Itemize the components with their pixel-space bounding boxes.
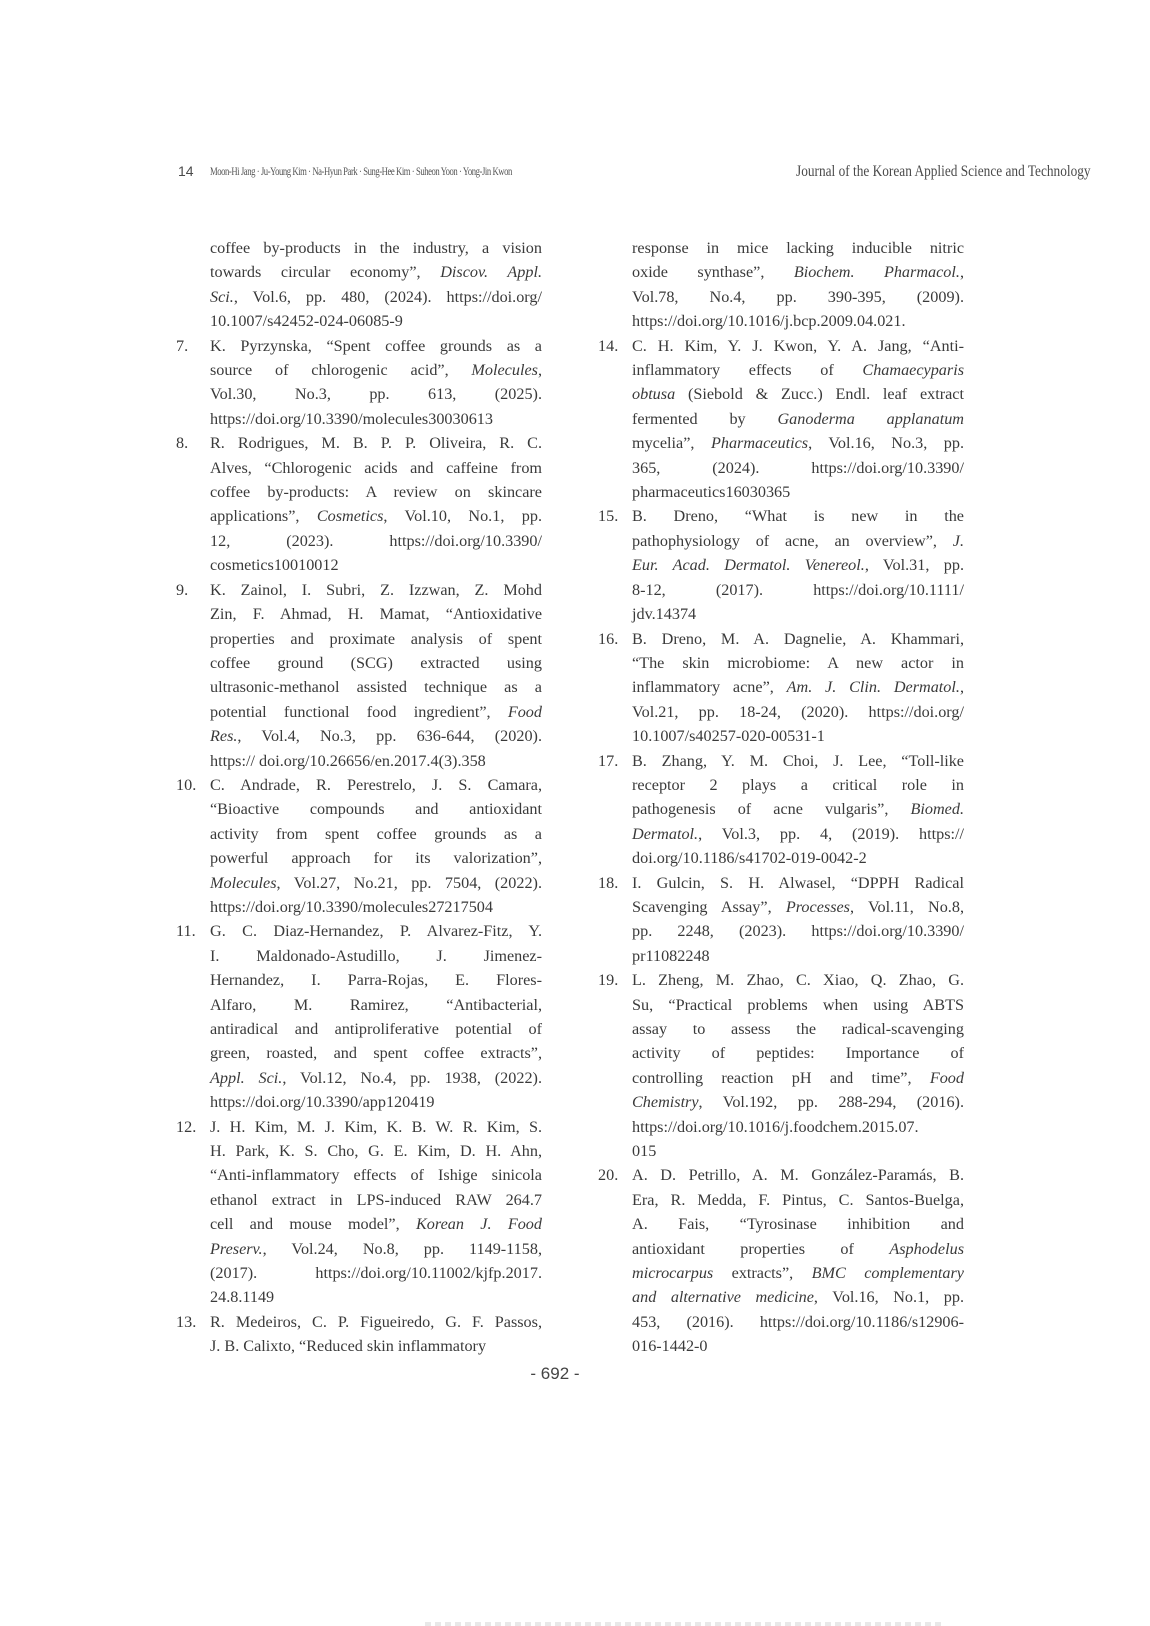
reference-line: antiradical and antiproliferative potent… bbox=[210, 1017, 542, 1041]
reference-number: 11. bbox=[176, 919, 206, 943]
cutoff-text-fragment bbox=[425, 1622, 945, 1626]
reference-entry: 14.C. H. Kim, Y. J. Kwon, Y. A. Jang, “A… bbox=[632, 334, 964, 505]
reference-line: inflammatory effects of Chamaecyparis bbox=[632, 358, 964, 382]
reference-entry: 18.I. Gulcin, S. H. Alwasel, “DPPH Radic… bbox=[632, 871, 964, 969]
reference-number: 16. bbox=[598, 627, 628, 651]
reference-line: properties and proximate analysis of spe… bbox=[210, 627, 542, 651]
reference-entry: 10.C. Andrade, R. Perestrelo, J. S. Cama… bbox=[210, 773, 542, 919]
reference-entry: 9.K. Zainol, I. Subri, Z. Izzwan, Z. Moh… bbox=[210, 578, 542, 773]
reference-line: Hernandez, I. Parra-Rojas, E. Flores- bbox=[210, 968, 542, 992]
reference-line: Zin, F. Ahmad, H. Mamat, “Antioxidative bbox=[210, 602, 542, 626]
reference-line: C. H. Kim, Y. J. Kwon, Y. A. Jang, “Anti… bbox=[632, 334, 964, 358]
reference-line: 10.1007/s42452-024-06085-9 bbox=[210, 309, 542, 333]
header-authors: Moon-Hi Jang · Ju-Young Kim · Na-Hyun Pa… bbox=[210, 164, 512, 179]
reference-line: applications”, Cosmetics, Vol.10, No.1, … bbox=[210, 504, 542, 528]
reference-line: coffee ground (SCG) extracted using bbox=[210, 651, 542, 675]
reference-line: 015 bbox=[632, 1139, 964, 1163]
reference-line: powerful approach for its valorization”, bbox=[210, 846, 542, 870]
reference-entry: 17.B. Zhang, Y. M. Choi, J. Lee, “Toll-l… bbox=[632, 749, 964, 871]
reference-line: pathogenesis of acne vulgaris”, Biomed. bbox=[632, 797, 964, 821]
reference-line: B. Dreno, M. A. Dagnelie, A. Khammari, bbox=[632, 627, 964, 651]
reference-line: Vol.30, No.3, pp. 613, (2025). bbox=[210, 382, 542, 406]
reference-line: J. H. Kim, M. J. Kim, K. B. W. R. Kim, S… bbox=[210, 1115, 542, 1139]
reference-line: I. Gulcin, S. H. Alwasel, “DPPH Radical bbox=[632, 871, 964, 895]
reference-line: pr11082248 bbox=[632, 944, 964, 968]
reference-line: L. Zheng, M. Zhao, C. Xiao, Q. Zhao, G. bbox=[632, 968, 964, 992]
reference-line: activity of peptides: Importance of bbox=[632, 1041, 964, 1065]
reference-line: (2017). https://doi.org/10.11002/kjfp.20… bbox=[210, 1261, 542, 1285]
reference-number: 12. bbox=[176, 1115, 206, 1139]
reference-line: green, roasted, and spent coffee extract… bbox=[210, 1041, 542, 1065]
reference-line: Era, R. Medda, F. Pintus, C. Santos-Buel… bbox=[632, 1188, 964, 1212]
reference-line: ethanol extract in LPS-induced RAW 264.7 bbox=[210, 1188, 542, 1212]
reference-line: R. Medeiros, C. P. Figueiredo, G. F. Pas… bbox=[210, 1310, 542, 1334]
reference-number: 14. bbox=[598, 334, 628, 358]
reference-line: 8-12, (2017). https://doi.org/10.1111/ bbox=[632, 578, 964, 602]
reference-number: 17. bbox=[598, 749, 628, 773]
reference-entry: 20.A. D. Petrillo, A. M. González-Paramá… bbox=[632, 1163, 964, 1358]
reference-line: https://doi.org/10.3390/app120419 bbox=[210, 1090, 542, 1114]
reference-line: H. Park, K. S. Cho, G. E. Kim, D. H. Ahn… bbox=[210, 1139, 542, 1163]
header-journal-title: Journal of the Korean Applied Science an… bbox=[796, 163, 1091, 181]
reference-line: I. Maldonado-Astudillo, J. Jimenez- bbox=[210, 944, 542, 968]
reference-line: Scavenging Assay”, Processes, Vol.11, No… bbox=[632, 895, 964, 919]
reference-line: K. Pyrzynska, “Spent coffee grounds as a bbox=[210, 334, 542, 358]
reference-line: and alternative medicine, Vol.16, No.1, … bbox=[632, 1285, 964, 1309]
footer-page-number: - 692 - bbox=[0, 1364, 1110, 1384]
reference-line: pp. 2248, (2023). https://doi.org/10.339… bbox=[632, 919, 964, 943]
reference-entry: 15.B. Dreno, “What is new in thepathophy… bbox=[632, 504, 964, 626]
reference-line: Eur. Acad. Dermatol. Venereol., Vol.31, … bbox=[632, 553, 964, 577]
reference-entry: 7.K. Pyrzynska, “Spent coffee grounds as… bbox=[210, 334, 542, 432]
reference-line: assay to assess the radical-scavenging bbox=[632, 1017, 964, 1041]
reference-line: Dermatol., Vol.3, pp. 4, (2019). https:/… bbox=[632, 822, 964, 846]
reference-number: 10. bbox=[176, 773, 206, 797]
reference-line: “Anti-inflammatory effects of Ishige sin… bbox=[210, 1163, 542, 1187]
reference-line: https://doi.org/10.1016/j.foodchem.2015.… bbox=[632, 1115, 964, 1139]
reference-line: G. C. Diaz-Hernandez, P. Alvarez-Fitz, Y… bbox=[210, 919, 542, 943]
reference-line: 12, (2023). https://doi.org/10.3390/ bbox=[210, 529, 542, 553]
reference-number: 15. bbox=[598, 504, 628, 528]
reference-number: 19. bbox=[598, 968, 628, 992]
reference-line: https://doi.org/10.1016/j.bcp.2009.04.02… bbox=[632, 309, 964, 333]
reference-line: “The skin microbiome: A new actor in bbox=[632, 651, 964, 675]
reference-number: 9. bbox=[176, 578, 206, 602]
reference-line: 016-1442-0 bbox=[632, 1334, 964, 1358]
reference-line: pathophysiology of acne, an overview”, J… bbox=[632, 529, 964, 553]
reference-line: cell and mouse model”, Korean J. Food bbox=[210, 1212, 542, 1236]
reference-entry: 8.R. Rodrigues, M. B. P. P. Oliveira, R.… bbox=[210, 431, 542, 577]
header-page-number: 14 bbox=[178, 163, 194, 179]
reference-line: 24.8.1149 bbox=[210, 1285, 542, 1309]
reference-line: Su, “Practical problems when using ABTS bbox=[632, 993, 964, 1017]
reference-line: A. D. Petrillo, A. M. González-Paramás, … bbox=[632, 1163, 964, 1187]
reference-line: coffee by-products in the industry, a vi… bbox=[210, 236, 542, 260]
reference-line: Vol.78, No.4, pp. 390-395, (2009). bbox=[632, 285, 964, 309]
reference-line: J. B. Calixto, “Reduced skin inflammator… bbox=[210, 1334, 542, 1358]
reference-line: https://doi.org/10.3390/molecules2721750… bbox=[210, 895, 542, 919]
reference-line: doi.org/10.1186/s41702-019-0042-2 bbox=[632, 846, 964, 870]
reference-line: ultrasonic-methanol assisted technique a… bbox=[210, 675, 542, 699]
reference-entry: 12.J. H. Kim, M. J. Kim, K. B. W. R. Kim… bbox=[210, 1115, 542, 1310]
reference-line: controlling reaction pH and time”, Food bbox=[632, 1066, 964, 1090]
reference-line: B. Dreno, “What is new in the bbox=[632, 504, 964, 528]
reference-continuation: coffee by-products in the industry, a vi… bbox=[210, 236, 542, 334]
reference-number: 18. bbox=[598, 871, 628, 895]
reference-line: cosmetics10010012 bbox=[210, 553, 542, 577]
reference-line: oxide synthase”, Biochem. Pharmacol., bbox=[632, 260, 964, 284]
references-right-column: response in mice lacking inducible nitri… bbox=[632, 236, 964, 1359]
reference-line: microcarpus extracts”, BMC complementary bbox=[632, 1261, 964, 1285]
reference-line: A. Fais, “Tyrosinase inhibition and bbox=[632, 1212, 964, 1236]
reference-line: Res., Vol.4, No.3, pp. 636-644, (2020). bbox=[210, 724, 542, 748]
reference-line: towards circular economy”, Discov. Appl. bbox=[210, 260, 542, 284]
reference-line: https:// doi.org/10.26656/en.2017.4(3).3… bbox=[210, 749, 542, 773]
reference-line: K. Zainol, I. Subri, Z. Izzwan, Z. Mohd bbox=[210, 578, 542, 602]
reference-number: 8. bbox=[176, 431, 206, 455]
reference-line: Chemistry, Vol.192, pp. 288-294, (2016). bbox=[632, 1090, 964, 1114]
reference-line: jdv.14374 bbox=[632, 602, 964, 626]
reference-line: Vol.21, pp. 18-24, (2020). https://doi.o… bbox=[632, 700, 964, 724]
reference-line: fermented by Ganoderma applanatum bbox=[632, 407, 964, 431]
reference-line: Alves, “Chlorogenic acids and caffeine f… bbox=[210, 456, 542, 480]
reference-line: activity from spent coffee grounds as a bbox=[210, 822, 542, 846]
reference-line: C. Andrade, R. Perestrelo, J. S. Camara, bbox=[210, 773, 542, 797]
reference-entry: 11.G. C. Diaz-Hernandez, P. Alvarez-Fitz… bbox=[210, 919, 542, 1114]
reference-line: mycelia”, Pharmaceutics, Vol.16, No.3, p… bbox=[632, 431, 964, 455]
reference-line: 453, (2016). https://doi.org/10.1186/s12… bbox=[632, 1310, 964, 1334]
reference-line: receptor 2 plays a critical role in bbox=[632, 773, 964, 797]
reference-line: Alfaro, M. Ramirez, “Antibacterial, bbox=[210, 993, 542, 1017]
running-header: 14 Moon-Hi Jang · Ju-Young Kim · Na-Hyun… bbox=[178, 163, 968, 185]
references-left-column: coffee by-products in the industry, a vi… bbox=[210, 236, 542, 1359]
reference-line: potential functional food ingredient”, F… bbox=[210, 700, 542, 724]
reference-line: B. Zhang, Y. M. Choi, J. Lee, “Toll-like bbox=[632, 749, 964, 773]
reference-line: R. Rodrigues, M. B. P. P. Oliveira, R. C… bbox=[210, 431, 542, 455]
reference-line: source of chlorogenic acid”, Molecules, bbox=[210, 358, 542, 382]
reference-line: pharmaceutics16030365 bbox=[632, 480, 964, 504]
reference-line: 10.1007/s40257-020-00531-1 bbox=[632, 724, 964, 748]
reference-number: 20. bbox=[598, 1163, 628, 1187]
reference-line: Sci., Vol.6, pp. 480, (2024). https://do… bbox=[210, 285, 542, 309]
reference-number: 13. bbox=[176, 1310, 206, 1334]
reference-line: 365, (2024). https://doi.org/10.3390/ bbox=[632, 456, 964, 480]
reference-number: 7. bbox=[176, 334, 206, 358]
reference-line: response in mice lacking inducible nitri… bbox=[632, 236, 964, 260]
reference-line: Preserv., Vol.24, No.8, pp. 1149-1158, bbox=[210, 1237, 542, 1261]
reference-entry: 19.L. Zheng, M. Zhao, C. Xiao, Q. Zhao, … bbox=[632, 968, 964, 1163]
reference-line: inflammatory acne”, Am. J. Clin. Dermato… bbox=[632, 675, 964, 699]
reference-line: coffee by-products: A review on skincare bbox=[210, 480, 542, 504]
reference-entry: 13.R. Medeiros, C. P. Figueiredo, G. F. … bbox=[210, 1310, 542, 1359]
reference-line: Molecules, Vol.27, No.21, pp. 7504, (202… bbox=[210, 871, 542, 895]
reference-line: antioxidant properties of Asphodelus bbox=[632, 1237, 964, 1261]
reference-continuation: response in mice lacking inducible nitri… bbox=[632, 236, 964, 334]
reference-entry: 16.B. Dreno, M. A. Dagnelie, A. Khammari… bbox=[632, 627, 964, 749]
reference-line: https://doi.org/10.3390/molecules3003061… bbox=[210, 407, 542, 431]
reference-line: Appl. Sci., Vol.12, No.4, pp. 1938, (202… bbox=[210, 1066, 542, 1090]
reference-line: “Bioactive compounds and antioxidant bbox=[210, 797, 542, 821]
reference-line: obtusa (Siebold & Zucc.) Endl. leaf extr… bbox=[632, 382, 964, 406]
